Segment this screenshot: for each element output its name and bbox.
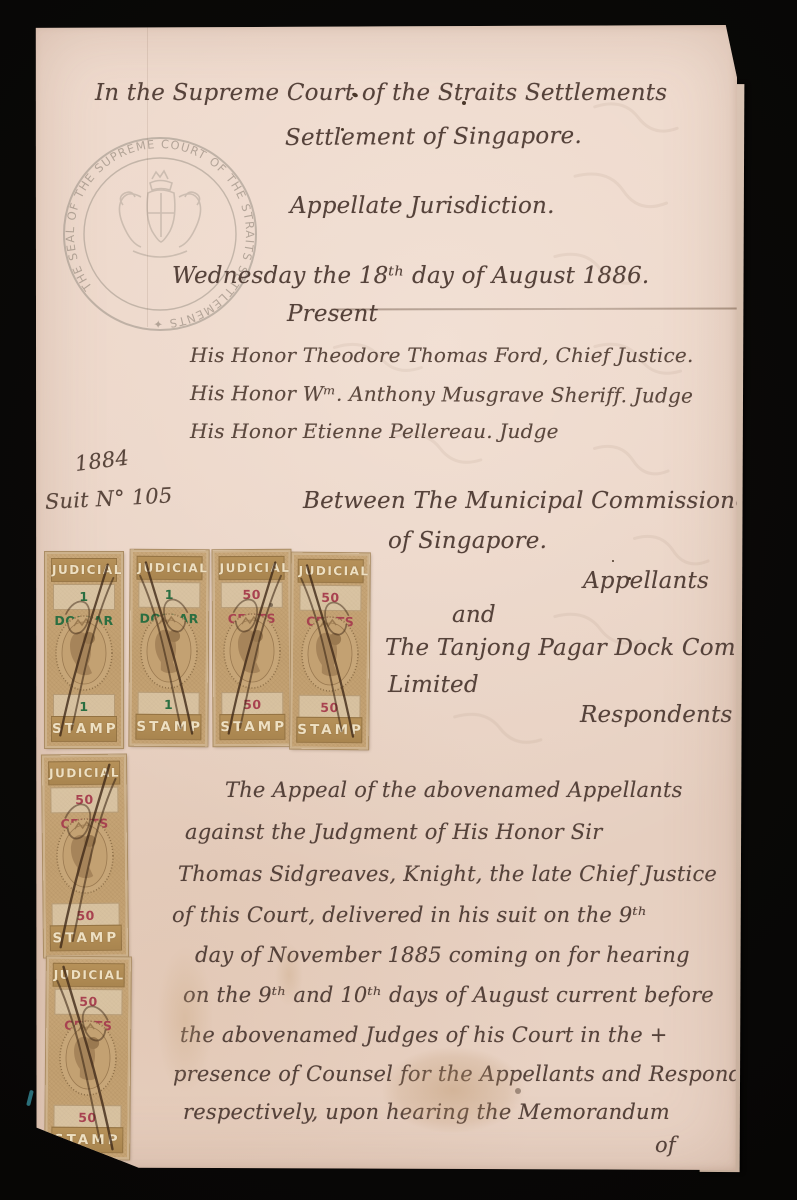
ink-speck xyxy=(462,101,466,105)
judge-line-chief-justice: His Honor Theodore Thomas Ford, Chief Ju… xyxy=(190,343,694,367)
judicial-stamp-50-cents: JUDICIAL 50 CENTS 50 CENTS STAMP xyxy=(212,550,291,746)
stamp-header-label: JUDICIAL xyxy=(48,761,120,786)
present-label: Present xyxy=(287,301,378,327)
stamp-value-label: 50 CENTS xyxy=(50,787,118,814)
respondent-name-line-2: Limited xyxy=(388,672,479,698)
queen-victoria-portrait-icon xyxy=(300,615,361,694)
judgment-body-line: of xyxy=(655,1133,676,1157)
supreme-court-seal: THE SEAL OF THE SUPREME COURT OF THE STR… xyxy=(53,127,267,341)
queen-victoria-portrait-icon xyxy=(222,612,282,690)
case-year: 1884 xyxy=(74,445,131,475)
respondent-name-line-1: The Tanjong Pagar Dock Company xyxy=(385,635,793,661)
suit-number: Suit N° 105 xyxy=(44,483,173,514)
stamp-value-label: 1 DOLLAR xyxy=(138,582,200,608)
document-page: THE SEAL OF THE SUPREME COURT OF THE STR… xyxy=(33,25,737,1170)
ink-speck xyxy=(515,1088,521,1094)
stamp-footer-label: STAMP xyxy=(135,714,201,740)
ink-speck xyxy=(269,603,273,607)
stamp-footer-label: STAMP xyxy=(219,714,285,740)
stamp-footer-label: STAMP xyxy=(50,925,122,952)
stamp-header-label: JUDICIAL xyxy=(219,556,285,580)
queen-victoria-portrait-icon xyxy=(139,612,200,690)
svg-text:THE SEAL OF THE SUPREME COURT: THE SEAL OF THE SUPREME COURT OF THE STR… xyxy=(53,127,267,341)
ink-speck xyxy=(341,128,344,131)
queen-victoria-portrait-icon xyxy=(54,614,114,692)
ink-speck xyxy=(628,577,631,580)
stamp-header-label: JUDICIAL xyxy=(298,559,364,584)
and-label: and xyxy=(452,602,496,628)
judicial-stamp-1-dollar: JUDICIAL 1 DOLLAR 1 DOLLAR STAMP xyxy=(129,550,208,747)
judgment-body-line: of this Court, delivered in his suit on … xyxy=(172,903,647,927)
judicial-stamp-50-cents: JUDICIAL 50 CENTS 50 CENTS STAMP xyxy=(45,957,131,1160)
judgment-body-line: against the Judgment of His Honor Sir xyxy=(185,820,602,844)
foxing-stain xyxy=(353,1030,553,1150)
ink-speck xyxy=(612,560,614,562)
judicial-stamp-50-cents: JUDICIAL 50 CENTS 50 CENTS STAMP xyxy=(290,553,370,750)
settlement-line: Settlement of Singapore. xyxy=(285,123,582,151)
queen-victoria-portrait-icon xyxy=(58,1019,119,1098)
queen-victoria-portrait-icon xyxy=(55,817,116,896)
stamp-footer-label: STAMP xyxy=(51,716,117,742)
between-line: Between The Municipal Commissioners xyxy=(303,488,772,514)
appellants-label: Appellants xyxy=(583,568,709,594)
foxing-stain xyxy=(269,930,309,1020)
between-line-2: of Singapore. xyxy=(388,528,547,554)
judgment-body-line: Thomas Sidgreaves, Knight, the late Chie… xyxy=(178,862,717,886)
stamp-header-label: JUDICIAL xyxy=(51,558,117,582)
judicial-stamp-50-cents: JUDICIAL 50 CENTS 50 CENTS STAMP xyxy=(42,755,128,958)
judge-line-musgrave: His Honor Wᵐ. Anthony Musgrave Sheriff. … xyxy=(190,381,693,408)
stamp-value-label: 1 DOLLAR xyxy=(53,584,115,610)
stamp-value-label: 50 CENTS xyxy=(299,585,361,612)
respondents-label: Respondents xyxy=(580,702,733,728)
foxing-stain xyxy=(145,915,225,1125)
stamp-footer-label: STAMP xyxy=(296,717,362,744)
royal-coat-of-arms-icon xyxy=(119,171,200,257)
jurisdiction-line: Appellate Jurisdiction. xyxy=(290,193,555,219)
photograph-of-court-document: { "header": { "court_line": "In the Supr… xyxy=(0,0,797,1200)
vertical-fold-crease xyxy=(147,27,148,327)
judgment-body-line: The Appeal of the abovenamed Appellants xyxy=(225,778,683,802)
hearing-date-line: Wednesday the 18ᵗʰ day of August 1886. xyxy=(172,263,649,289)
stamp-header-label: JUDICIAL xyxy=(53,963,125,988)
judgment-body-line: on the 9ᵗʰ and 10ᵗʰ days of August curre… xyxy=(183,983,714,1007)
judicial-stamp-1-dollar: JUDICIAL 1 DOLLAR 1 DOLLAR STAMP xyxy=(45,552,123,748)
stamp-footer-label: STAMP xyxy=(51,1127,123,1154)
judge-line-pellereau: His Honor Etienne Pellereau. Judge xyxy=(190,419,559,443)
stamp-value-label: 50 CENTS xyxy=(221,582,283,608)
stamp-value-label: 50 CENTS xyxy=(54,989,122,1016)
blue-fiber-fragment xyxy=(26,1090,34,1106)
stamp-header-label: JUDICIAL xyxy=(136,556,202,580)
seal-ring-text: THE SEAL OF THE SUPREME COURT OF THE STR… xyxy=(53,127,267,341)
date-underline xyxy=(331,307,739,310)
court-title-line: In the Supreme Court of the Straits Sett… xyxy=(95,80,667,106)
